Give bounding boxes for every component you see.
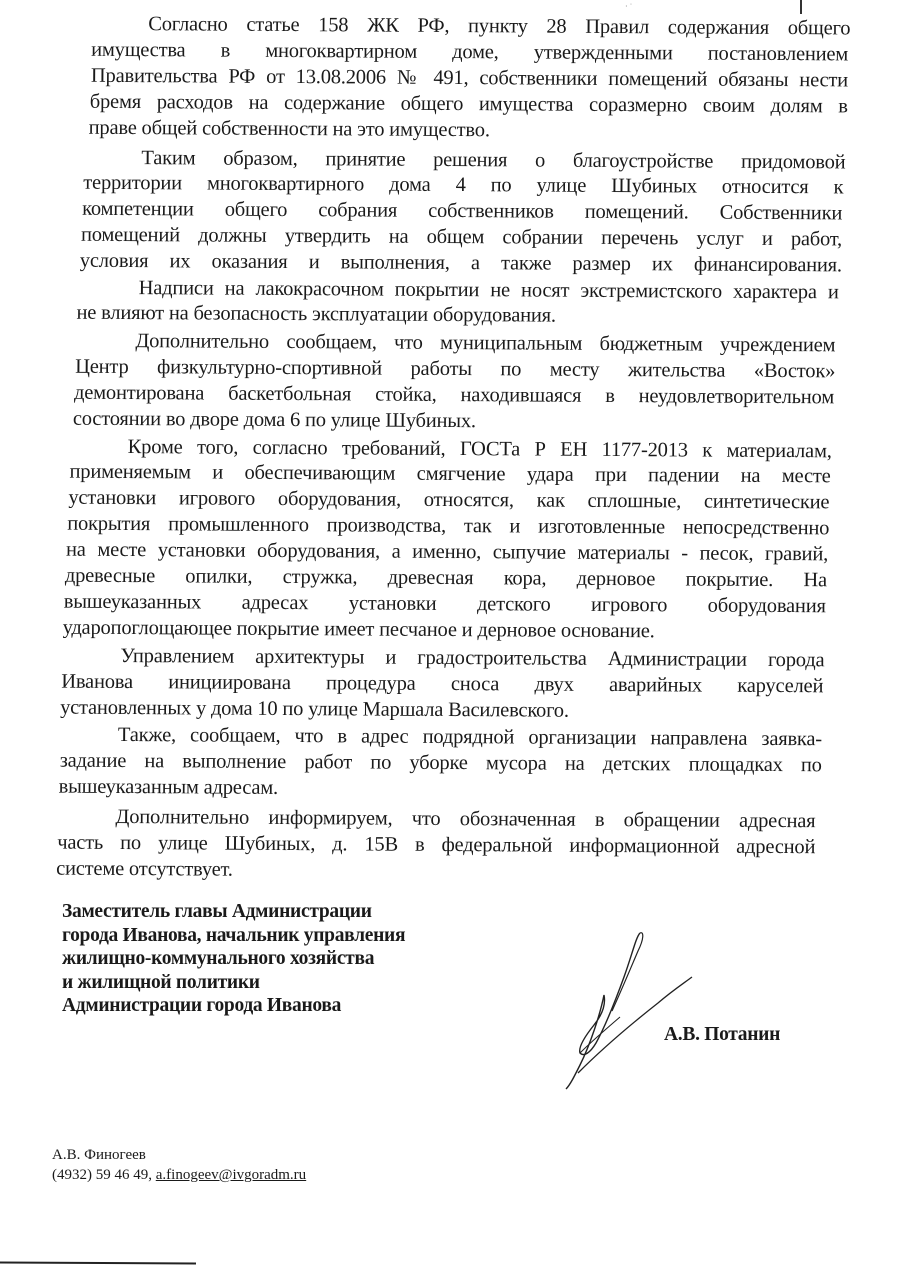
- body-line: установки игрового оборудования, относят…: [68, 486, 829, 515]
- body-line: Надписи на лакокрасочном покрытии не нос…: [139, 276, 839, 304]
- signatory-title-line: Заместитель главы Администрации: [62, 900, 405, 924]
- body-line: покрытия промышленного производства, так…: [67, 512, 829, 541]
- scan-edge-mark: [800, 0, 802, 14]
- body-line: применяемым и обеспечивающим смягчение у…: [69, 460, 830, 489]
- body-line: бремя расходов на содержание общего имущ…: [90, 90, 848, 119]
- signatory-title-line: и жилищной политики: [62, 971, 405, 995]
- scanned-letter-page: · ˙ Согласно статье 158 ЖК РФ, пункту 28…: [0, 0, 905, 1280]
- body-line: ударопоглощающее покрытие имеет песчаное…: [63, 616, 825, 645]
- body-line: Согласно статье 158 ЖК РФ, пункту 28 Пра…: [148, 12, 850, 40]
- signatory-title-line: Администрации города Иванова: [62, 994, 405, 1018]
- signatory-title: Заместитель главы Администрации города И…: [62, 900, 405, 1018]
- body-line: вышеуказанных адресах установки детского…: [64, 590, 826, 619]
- scan-artifact: · ˙: [625, 2, 632, 11]
- body-line: компетенции общего собрания собственнико…: [82, 197, 842, 226]
- body-line: территории многоквартирного дома 4 по ул…: [83, 171, 843, 200]
- body-line: помещений должны утвердить на общем собр…: [81, 223, 842, 252]
- body-line: Кроме того, согласно требований, ГОСТа Р…: [128, 435, 832, 463]
- body-line: Таким образом, принятие решения о благоу…: [141, 146, 845, 174]
- body-line: демонтирована баскетбольная стойка, нахо…: [74, 381, 834, 410]
- body-line: Дополнительно сообщаем, что муниципальны…: [135, 329, 835, 357]
- body-line: Дополнительно информируем, что обозначен…: [115, 805, 815, 833]
- body-line: Управлением архитектуры и градостроитель…: [120, 644, 824, 672]
- body-line: задание на выполнение работ по уборке му…: [60, 749, 822, 778]
- signatory-title-line: жилищно-коммунального хозяйства: [62, 947, 405, 971]
- body-line: установленных у дома 10 по улице Маршала…: [60, 696, 822, 725]
- body-line: Центр физкультурно-спортивной работы по …: [75, 355, 835, 384]
- body-line: древесные опилки, стружка, древесная кор…: [65, 564, 827, 593]
- letter-body: Согласно статье 158 ЖК РФ, пункту 28 Пра…: [2, 0, 905, 3]
- body-line: состоянии во дворе дома 6 по улице Шубин…: [73, 407, 833, 436]
- body-line: условия их оказания и выполнения, а такж…: [80, 249, 842, 278]
- body-line: Правительства РФ от 13.08.2006 № 491, со…: [91, 64, 848, 93]
- executor-phone: (4932) 59 46 49,: [52, 1167, 152, 1183]
- body-line: праве общей собственности на это имущест…: [89, 116, 847, 145]
- body-line: имущества в многоквартирном доме, утверж…: [91, 38, 848, 67]
- footer-divider: [0, 1261, 196, 1264]
- executor-info: А.В. Финогеев (4932) 59 46 49, a.finogee…: [52, 1145, 306, 1185]
- body-line: часть по улице Шубиных, д. 15В в федерал…: [57, 831, 815, 860]
- executor-email-link[interactable]: a.finogeev@ivgoradm.ru: [156, 1167, 306, 1183]
- signatory-name: А.В. Потанин: [664, 1024, 780, 1046]
- handwritten-signature: [540, 925, 720, 1095]
- body-line: не влияют на безопасность эксплуатации о…: [76, 301, 836, 330]
- body-line: системе отсутствует.: [56, 857, 814, 886]
- signatory-title-line: города Иванова, начальник управления: [62, 924, 405, 948]
- body-line: вышеуказанным адресам.: [59, 775, 821, 804]
- body-line: Иванова инициирована процедура сноса дву…: [61, 670, 823, 699]
- executor-name: А.В. Финогеев: [52, 1145, 306, 1165]
- executor-contacts: (4932) 59 46 49, a.finogeev@ivgoradm.ru: [52, 1165, 306, 1185]
- body-line: на месте установки оборудования, а именн…: [66, 538, 828, 567]
- body-line: Также, сообщаем, что в адрес подрядной о…: [118, 723, 822, 751]
